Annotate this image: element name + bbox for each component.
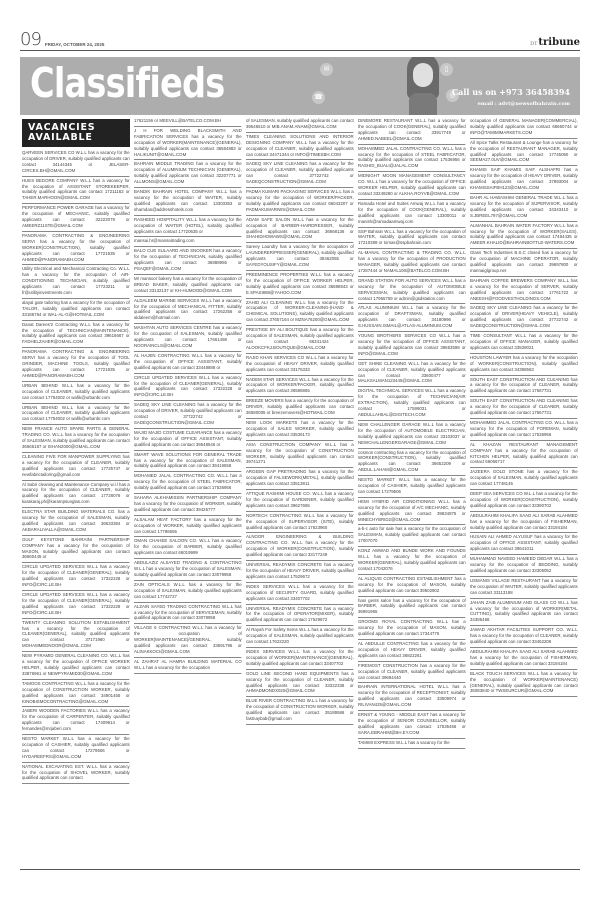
classified-ad: ZAHID ALI CLEANING W.L.L has a vacancy f…: [246, 299, 354, 327]
classified-ad: MOHAMMED JALAL CONTRACTING CO. W.L.L has…: [358, 145, 466, 173]
classified-ad: CIRCLE UPDATED SERVICES W.L.L has a vaca…: [134, 374, 242, 402]
classified-ad: ABDULRAHIM KHALIFA SAAD ALI SARAB ALAHME…: [470, 648, 578, 670]
classified-ad: SADEQ SKY LINE CLEANING has a vacancy fo…: [246, 160, 354, 188]
vacancies-heading: VACANCIES AVAILABLE: [22, 119, 130, 147]
classified-ad: BREEZE MOVERS has a vacancy for the occu…: [246, 397, 354, 419]
classifieds-page: 09 FRIDAY, OCTOBER 24, 2025 DTtribune Cl…: [20, 28, 580, 870]
classified-ad: BAHR AL HAWASHIM GENERAL TRADE W.L.L has…: [470, 194, 578, 222]
classified-ad: ALDALEEM MARINE SERVICES W.L.L has a vac…: [134, 297, 242, 325]
classified-ad: J H FOR WELDING BLACKSMITH AND FABRICATI…: [134, 127, 242, 161]
classified-ad: All Spice Talks Restaurant & Lounge has …: [470, 139, 578, 167]
classified-ad: Al Sabri cleaning and Maintenance Compan…: [22, 481, 130, 509]
classified-ad: SOUTH EAST CONSTRUCTION AND CLEANING has…: [470, 376, 578, 398]
ads-column-4: DINEMORE RESTAURANT W.L.L has a vacancy …: [356, 117, 468, 869]
classified-ad: a-b-c auto for sale has a vacancy for th…: [358, 525, 466, 547]
classified-ad: mansai.hr@mansaitrading.com: [134, 237, 242, 247]
classified-ad: INDEX SERVICES W.L.L has a vacancy for t…: [246, 648, 354, 670]
classified-ad: GOLD LINE SECOND HAND EQUIPMENTS has a v…: [246, 670, 354, 698]
classified-ad: ALSALAM HEAT FACTORY has a vacancy for t…: [134, 516, 242, 538]
classified-ad: GULF KEYSTONE BAHRAINI PARTNERSHIP COMPA…: [22, 536, 130, 564]
page-header: 09 FRIDAY, OCTOBER 24, 2025 DTtribune: [20, 28, 580, 51]
classified-ad: JAHAN ZAIB ALUMINIUM AND GLASS CO W.L.L …: [470, 599, 578, 627]
classified-ad: Ramada Hotel and Suites Amwaj W.L.L has …: [358, 200, 466, 228]
classified-ad: cosmos contracting has a vacancy for the…: [358, 449, 466, 477]
ads-columns: VACANCIES AVAILABLE QARVEEN SERVICES CO …: [20, 117, 580, 870]
classified-ad: AL ABDULLE CONTRACTING has a vacancy for…: [358, 640, 466, 662]
classified-ad: HEMI HYBRID AIR CONDITIONING W.L.L has a…: [358, 498, 466, 526]
classified-ad: ZAIN OPTICALS W.L.L has a vacancy for th…: [134, 581, 242, 603]
classified-ad: MASHTAN AUTO SERVICES CENTRE has a vacan…: [134, 324, 242, 352]
page-number: 09: [20, 31, 41, 49]
classified-ad: SADEQ SKY LINE CLEANING has a vacancy fo…: [470, 304, 578, 332]
classified-ad: AL KHAZAN RESTAURANT MANAGEMENT COMPANY …: [470, 441, 578, 469]
classified-ad: of SALESMAN, suitably qualified applican…: [246, 117, 354, 133]
classifieds-banner: Classifieds ✉ ☎ ▯ ◎ Call us on +973 3645…: [20, 57, 580, 115]
classified-ad: TWENTY CLEANING SOLUTION ESTABLISHMENT h…: [22, 619, 130, 653]
classified-ad: DIGITAL TECHNICAL SERVICES W.L.L has a v…: [358, 387, 466, 421]
logo-text: tribune: [538, 37, 580, 48]
classified-ad: AL HAJEN CONTRACTING W.L.L has a vacancy…: [134, 352, 242, 374]
classified-ad: TAMOOS CONTRACTING W.L.L has a vacancy f…: [22, 680, 130, 708]
contact-email[interactable]: email : advt@newsofbahrain.com: [478, 101, 570, 107]
classified-ad: GROOMS ROYAL CONTRACTING W.L.L has a vac…: [358, 618, 466, 640]
classified-ad: Utility Electrical and Mechanical Contra…: [22, 265, 130, 299]
classified-ad: TAMIMI EXPRESS W.L.L has a vacancy for t…: [358, 739, 466, 749]
newspaper-logo[interactable]: DTtribune: [530, 37, 580, 48]
classified-ad: PANORAMA CONTRACTING & ENGINEERING SERVI…: [22, 232, 130, 266]
classified-ad: SADEQ SKY LINE CLEANING has a vacancy fo…: [134, 401, 242, 429]
classified-ad: ALMANHAL BAHRAIN WATER FACTORY W.L.L has…: [470, 222, 578, 250]
phone-icon: ☎: [312, 91, 325, 104]
classified-ad: BALO CUE SULAARD AND SNOOKER has a vacan…: [134, 247, 242, 275]
classified-ad: PREEMINENCE PROPERTIES W.L.L has a vacan…: [246, 271, 354, 299]
classified-ad: URBAN BEHIND W.L.L has a vacancy for the…: [22, 404, 130, 426]
classified-ad: occupation of GENERAL MANAGER(COMMERCIAL…: [470, 117, 578, 139]
classified-ad: ERNST & YOUNG - MIDDLE EAST has a vacanc…: [358, 711, 466, 739]
classified-ad: PADMA KUMARI PACKAGING SERVICES W.L.L ha…: [246, 188, 354, 216]
classified-ad: NORTECH CONTRACTING W.L.L has a vacancy …: [246, 512, 354, 534]
classified-ad: AL ALIQUIS CONTRACTING ESTABLISHMENT has…: [358, 575, 466, 597]
classified-ad: KHAMIS SAIF KHAMIS SAIF ALSHAFRI has a v…: [470, 166, 578, 194]
classified-ad: ADAM SAFE SALON W.L.L has a vacancy for …: [246, 216, 354, 244]
classified-ad: JABERI WOODEN FACTORIES W.L.L has a vaca…: [22, 707, 130, 735]
classified-ad: NEW PYRAMID GENERAL CLEANING CO. W.L.L h…: [22, 652, 130, 680]
classified-ad: AL ZAHRAT AL HAMRA BUILDING MATERIAL CO …: [134, 658, 242, 674]
classified-ad: RAJID KHAN SERVICES CO W.L.L has a vacan…: [246, 354, 354, 376]
classified-ad: ATLAS ALUMINIUM W.L.L has a vacancy for …: [358, 304, 466, 332]
classified-ad: SSP Bahrain W.L.L has a vacancy for the …: [358, 228, 466, 250]
classified-ad: ALNOOR ENGINEERING & BUILDING CONTRACTIN…: [246, 533, 354, 561]
classified-ad: JAWAD AKHTAR FACILITIES SUPPORT CO. W.L.…: [470, 626, 578, 648]
classified-ad: Glass Tech Industries B.S.C closed has a…: [470, 249, 578, 277]
classified-ad: Sareey Laundry has a vacancy for the occ…: [246, 243, 354, 271]
classified-ad: RASHEED HOSPITALITY W.L.L has a vacancy …: [134, 216, 242, 238]
classified-ad: KONZ AWWAD AND BUNDE WORK AND FOUNDS W.L…: [358, 547, 466, 575]
classified-ad: DEEP SEA SERVICES CO W.L.L has a vacancy…: [470, 490, 578, 512]
classified-ad: SAHARA ALKHAMISSIN PARTNERSHIP COMPANY h…: [134, 494, 242, 516]
classified-ad: NESTO MARKET W.L.L has a vacancy for the…: [358, 476, 466, 498]
classified-ad: BAHRAIN MIDDLE TRADING has a vacancy for…: [134, 160, 242, 188]
classified-ad: Al Rayah For Safety Items W.L.L has a va…: [246, 626, 354, 648]
classified-ad: Mr mansoor bakery has a vacancy for the …: [134, 275, 242, 297]
classified-ad: MOHAMED JALAL CONTRACTING CO. W.L.L has …: [134, 472, 242, 494]
classified-ad: PERFORMANCE POWER GARAGE has a vacancy f…: [22, 204, 130, 232]
classified-ad: TIMES CLEANING SOLUTIONS AND INTERIOR DE…: [246, 133, 354, 161]
classified-ad: CLEANING FIVE FOR MANPOWER SUPPLYING has…: [22, 453, 130, 481]
classified-ad: NEW CHALLENGER GARAGE W.L.L has a vacanc…: [358, 421, 466, 449]
classified-ad: MUHAMMAD NAVEED HAMEED DEDAR W.L.L has a…: [470, 555, 578, 577]
classified-ad: Danat Darees'2 Contracting W.L.L has a v…: [22, 321, 130, 349]
classified-ad: NATIONAL EXCAVATING EST. W.L.L has a vac…: [22, 763, 130, 785]
section-title: Classifieds: [30, 59, 224, 107]
classified-ad: ABDULAZIZ ALSAYED TRADING & CONTRACTING …: [134, 559, 242, 581]
classified-ad: CIRCLE UPDATED SERVICES W.L.L has a vaca…: [22, 563, 130, 591]
ads-column-1: VACANCIES AVAILABLE QARVEEN SERVICES CO …: [20, 117, 132, 869]
classified-ad: VILLAGE 6 CONTRACTING W.L.L has a vacanc…: [134, 624, 242, 658]
logo-prefix: DT: [530, 41, 537, 47]
classified-ad: PRESTIGE BY ALI BOUTIQUE has a vacancy f…: [246, 326, 354, 354]
classified-ad: QARVEEN SERVICES CO W.L.L has a vacancy …: [22, 149, 130, 177]
classified-ad: MAJID MAJID COSTUME CLEARANCE has a vaca…: [134, 429, 242, 451]
mascot-illustration: [404, 57, 442, 115]
classified-ad: BLUE RIVER CONTRACTING W.L.L has a vacan…: [246, 697, 354, 725]
classified-ad: ABDULRAHIM KHALIFA SAAD ALI SARAB ALAHME…: [470, 512, 578, 534]
classified-ad: ASIA CONSTRUCTION COMPANY W.L.L has a va…: [246, 441, 354, 469]
classified-ad: DINEMORE RESTAURANT W.L.L has a vacancy …: [358, 117, 466, 145]
classified-ad: UNIVERSAL READYMIX CONCRETE has a vacanc…: [246, 561, 354, 583]
classified-ad: SOUTH EAST CONSTRUCTION AND CLEANING has…: [470, 397, 578, 419]
classified-ad: INDEX SERVICES W.L.L has a vacancy for t…: [246, 583, 354, 605]
classified-ad: YOUNG BROTHERS SERVICES CO W.L.L has a v…: [358, 332, 466, 360]
mail-icon: ✉: [320, 63, 333, 76]
classified-ad: BAHRAIN INTERNATIONAL HOTEL W.L.L has a …: [358, 683, 466, 711]
classified-ad: ATTIQUE RASHIMI HOUSE CO. W.L.L has a va…: [246, 490, 354, 512]
classified-ad: hani gents salon has a vacancy for the o…: [358, 597, 466, 619]
ads-column-5: occupation of GENERAL MANAGER(COMMERCIAL…: [468, 117, 580, 869]
classified-ad: NADEM STAR SERVICES W.L.L has a vacancy …: [246, 376, 354, 398]
classified-ad: ALZAIN SAYED TRADING CONTRACTING W.L.L h…: [134, 603, 242, 625]
classified-ad: UNIVERSAL READYMIX CONCRETE has a vacanc…: [246, 605, 354, 627]
classified-ad: NESTO MARKET W.L.L has a vacancy for the…: [22, 735, 130, 763]
classified-ad: GRAND STATION FOR AUTO SERVICES W.L.L ha…: [358, 277, 466, 305]
classified-ad: HUSAIN ALI AHMED ALYUSUF has a vacancy f…: [470, 533, 578, 555]
classified-ad: MIDNIGHT MOON MANAGEMENT CONSULTANCY CO.…: [358, 172, 466, 200]
classified-ad: GET SHINE CLEANING W.L.L has a vacancy f…: [358, 360, 466, 388]
classified-ad: NEW LOOK MARKETS has a vacancy for the o…: [246, 419, 354, 441]
issue-date: FRIDAY, OCTOBER 24, 2025: [45, 42, 105, 47]
classified-ad: PANORAMA CONTRACTING & ENGINEERING SERVI…: [22, 348, 130, 382]
classified-ad: HOUSTON LAWYER has a vacancy for the occ…: [470, 354, 578, 376]
classified-ad: ARGEEN GAP PRETRADING has a vacancy for …: [246, 468, 354, 490]
classified-ad: NEW FRANCE AUTO SPARE PARTS & GENERAL TR…: [22, 425, 130, 453]
classified-ad: alayal gate tailoring has a vacancy for …: [22, 299, 130, 321]
classified-ad: BANDIK BAHRAIN HOTEL COMPANY W.L.L has a…: [134, 188, 242, 216]
classified-ad: BAHRAIN COFFEE BREWERS COMPANY W.L.L has…: [470, 277, 578, 305]
classified-ad: BLACK TOUCH SERVICES W.L.L has a vacancy…: [470, 670, 578, 698]
heading-line-2: AVAILABLE: [28, 133, 124, 143]
classified-ad: SMART WAVE SOLUTIONS FOR GENERAL TRADE h…: [134, 451, 242, 473]
classified-ad: URBAN BEHIND W.L.L has a vacancy for the…: [22, 382, 130, 404]
classified-ad: MOHAMMED JALAL CONTRACTING CO. W.L.L has…: [470, 419, 578, 441]
classified-ad: CIRCLE UPDATED SERVICES W.L.L has a vaca…: [22, 591, 130, 619]
ads-column-2: 17621156 or MEEVILL@BATELCO.COM.BHJ H FO…: [132, 117, 244, 869]
classified-ad: FIREMOST CONSTRUCTION has a vacancy for …: [358, 662, 466, 684]
classified-ad: OMAN CHAHEE SALOON CO. W.L.L has a vacan…: [134, 537, 242, 559]
call-number[interactable]: Call us on +973 36458394: [452, 87, 570, 97]
classified-ad: TIME CONSULTANT W.L.L has a vacancy for …: [470, 332, 578, 354]
classified-ad: JAZEERA GOLD STONE has a vacancy for the…: [470, 468, 578, 490]
classified-ad: USMANIS VILLAGE RESTAURANT has a vacancy…: [470, 577, 578, 599]
classified-ad: 17621156 or MEEVILL@BATELCO.COM.BH: [134, 117, 242, 127]
ads-column-3: of SALESMAN, suitably qualified applican…: [244, 117, 356, 869]
classified-ad: AL-MANAL CONTRACTING & TRADING CO. W.L.L…: [358, 249, 466, 277]
classified-ad: ELECTRA STAR BUILDING MATERIALS CO. has …: [22, 508, 130, 536]
classified-ad: HUES BEDORE COMPANY W.L.L has a vacancy …: [22, 177, 130, 205]
